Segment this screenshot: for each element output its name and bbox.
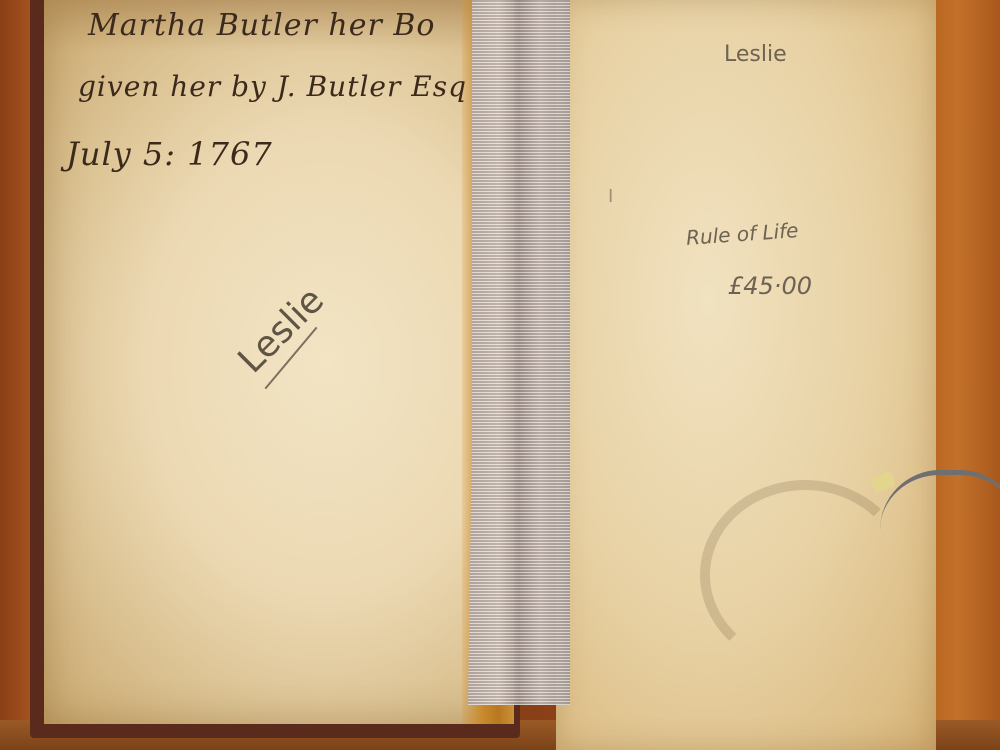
pencil-mark: I — [608, 186, 613, 207]
cable-shadow — [700, 480, 910, 670]
inscription-date: July 5: 1767 — [66, 135, 273, 173]
left-endpaper — [44, 0, 514, 724]
inscription-line-1: Martha Butler her Bo — [88, 8, 435, 43]
gauze-spine-tape — [468, 0, 570, 705]
pencil-note-leslie-right: Leslie — [724, 42, 787, 67]
wooden-shelf-right — [930, 0, 1000, 750]
inscription-line-2: given her by J. Butler Esq — [78, 70, 467, 103]
pencil-price: £45·00 — [728, 272, 812, 300]
